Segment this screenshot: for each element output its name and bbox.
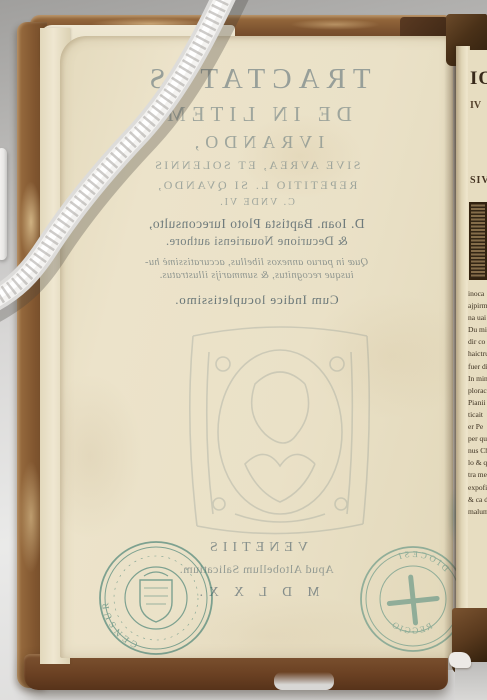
facing-page-text-fragment: lo & qu: [468, 457, 487, 469]
facing-page-text-fragment: haictru: [468, 348, 487, 360]
facing-page-text-fragment: er Pe: [468, 421, 487, 433]
showthrough-text-block: TRACTATVS DE IN LITEM IVRANDO, SIVE AVRE…: [60, 36, 453, 308]
facing-page-title-fragment: IV: [470, 100, 481, 111]
showthrough-index-line: Cum Indice locupletissimo.: [60, 292, 453, 308]
bookmark-cord-strand: [0, 148, 7, 260]
leather-board-bottom-edge: [24, 654, 448, 690]
facing-page-text-fragment: expofia: [468, 482, 487, 494]
showthrough-title: TRACTATVS: [60, 63, 453, 96]
leather-marbling: [290, 19, 380, 30]
facing-page-title-fragment: SIV: [470, 175, 487, 186]
showthrough-note-line: Quæ in paruo annexos libellus, accuratis…: [60, 257, 453, 269]
facing-page-title-fragment: IO: [470, 68, 487, 90]
facing-page-text-fragment: tra mea: [468, 469, 487, 481]
leather-worn-patch: [20, 182, 42, 262]
facing-page-text-fragment: malum r: [468, 506, 487, 518]
facing-page-text-fragment: per qu: [468, 433, 487, 445]
facing-page-text-fragment: & ca de: [468, 494, 487, 506]
leather-nick: [274, 672, 334, 690]
photo-of-antique-book: TRACTATVS DE IN LITEM IVRANDO, SIVE AVRE…: [0, 0, 487, 700]
facing-page-text-fragment: Du mil: [468, 324, 487, 336]
facing-page-text-fragment: ajpirm: [468, 300, 487, 312]
facing-page-text-fragment: inoca: [468, 288, 487, 300]
facing-page-text-fragment: plorac: [468, 385, 487, 397]
title-page-verso: TRACTATVS DE IN LITEM IVRANDO, SIVE AVRE…: [60, 36, 453, 658]
stamp-arc-text-bottom: REGGIO: [389, 619, 434, 636]
facing-title-page-sliver: IO IV SIV inocaajpirmna uaiDu mildir coh…: [468, 50, 487, 630]
facing-page-text-fragment: na uai: [468, 312, 487, 324]
facing-page-text-fragment: fuer di: [468, 361, 487, 373]
showthrough-subtitle: REPETITIO L. SI QVANDO,: [60, 178, 453, 193]
facing-page-text-column: inocaajpirmna uaiDu mildir cohaictrufuer…: [468, 288, 487, 518]
showthrough-note-line: iusque recognitus, & summarijs illustrat…: [60, 270, 453, 282]
facing-page-text-fragment: Pianii: [468, 397, 487, 409]
showthrough-title-line: IVRANDO,: [60, 132, 453, 153]
facing-page-text-fragment: ticait: [468, 409, 487, 421]
facing-page-text-fragment: In mini: [468, 373, 487, 385]
showthrough-author-line: D. Ioan. Baptista Ploto Iureconsulto,: [60, 216, 453, 232]
showthrough-subtitle: C. VNDE VI.: [60, 197, 453, 208]
showthrough-author-line: & Decurione Nouariensi authore.: [60, 234, 453, 249]
cross-glyph: [387, 575, 440, 626]
showthrough-title-line: DE IN LITEM: [60, 102, 453, 127]
paper-fragment: [449, 652, 471, 668]
facing-page-text-fragment: dir co: [468, 336, 487, 348]
coat-of-arms-shield: [140, 580, 172, 622]
woodcut-initial: [469, 202, 487, 280]
showthrough-subtitle: SIVE AVREA, ET SOLENNIS: [60, 158, 453, 173]
printers-device-showthrough: [175, 324, 385, 539]
facing-page-text-fragment: nus Ch: [468, 445, 487, 457]
library-stamp-left: CENSUR: [96, 538, 216, 658]
